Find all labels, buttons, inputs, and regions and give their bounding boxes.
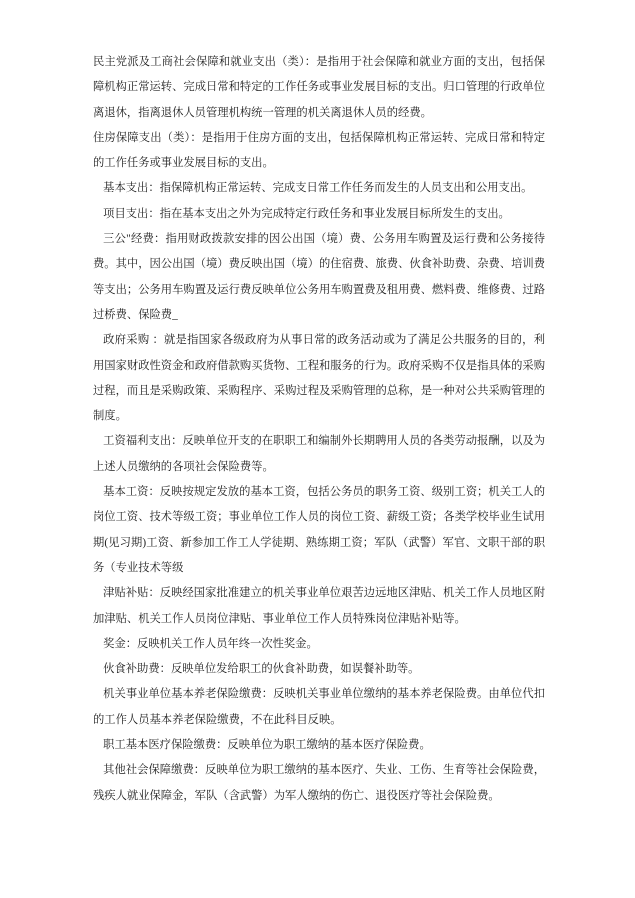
para-allowances-subsidies: 津贴补贴：反映经国家批准建立的机关事业单位艰苦边远地区津贴、机关工作人员地区附加… — [93, 581, 545, 632]
para-government-procurement: 政府采购 ：就是指国家各级政府为从事日常的政务活动或为了满足公共服务的目的，利用… — [93, 328, 545, 429]
para-basic-wage: 基本工资：反映按规定发放的基本工资，包括公务员的职务工资、级别工资；机关工人的岗… — [93, 480, 545, 581]
para-project-expenditure: 项目支出：指在基本支出之外为完成特定行政任务和事业发展目标所发生的支出。 — [93, 202, 545, 227]
para-social-security-expenditure: 民主党派及工商社会保障和就业支出（类）：是指用于社会保障和就业方面的支出，包括保… — [93, 50, 545, 126]
para-medical-insurance-contribution: 职工基本医疗保险缴费：反映单位为职工缴纳的基本医疗保险费。 — [93, 733, 545, 758]
para-meal-subsidy: 伙食补助费：反映单位发给职工的伙食补助费，如误餐补助等。 — [93, 657, 545, 682]
para-other-social-security-contribution: 其他社会保障缴费：反映单位为职工缴纳的基本医疗、失业、工伤、生育等社会保险费，残… — [93, 758, 545, 809]
para-housing-expenditure: 住房保障支出（类）：是指用于住房方面的支出，包括保障机构正常运转、完成日常和特定… — [93, 126, 545, 177]
para-three-public-funds: 三公"经费：指用财政拨款安排的因公出国（境）费、公务用车购置及运行费和公务接待费… — [93, 227, 545, 328]
para-bonus: 奖金：反映机关工作人员年终一次性奖金。 — [93, 632, 545, 657]
para-wage-welfare-expenditure: 工资福利支出：反映单位开支的在职职工和编制外长期聘用人员的各类劳动报酬，以及为上… — [93, 429, 545, 480]
document-page: 民主党派及工商社会保障和就业支出（类）：是指用于社会保障和就业方面的支出，包括保… — [93, 50, 545, 809]
para-pension-insurance-contribution: 机关事业单位基本养老保险缴费：反映机关事业单位缴纳的基本养老保险费。由单位代扣的… — [93, 682, 545, 733]
para-basic-expenditure: 基本支出：指保障机构正常运转、完成支日常工作任务而发生的人员支出和公用支出。 — [93, 176, 545, 201]
